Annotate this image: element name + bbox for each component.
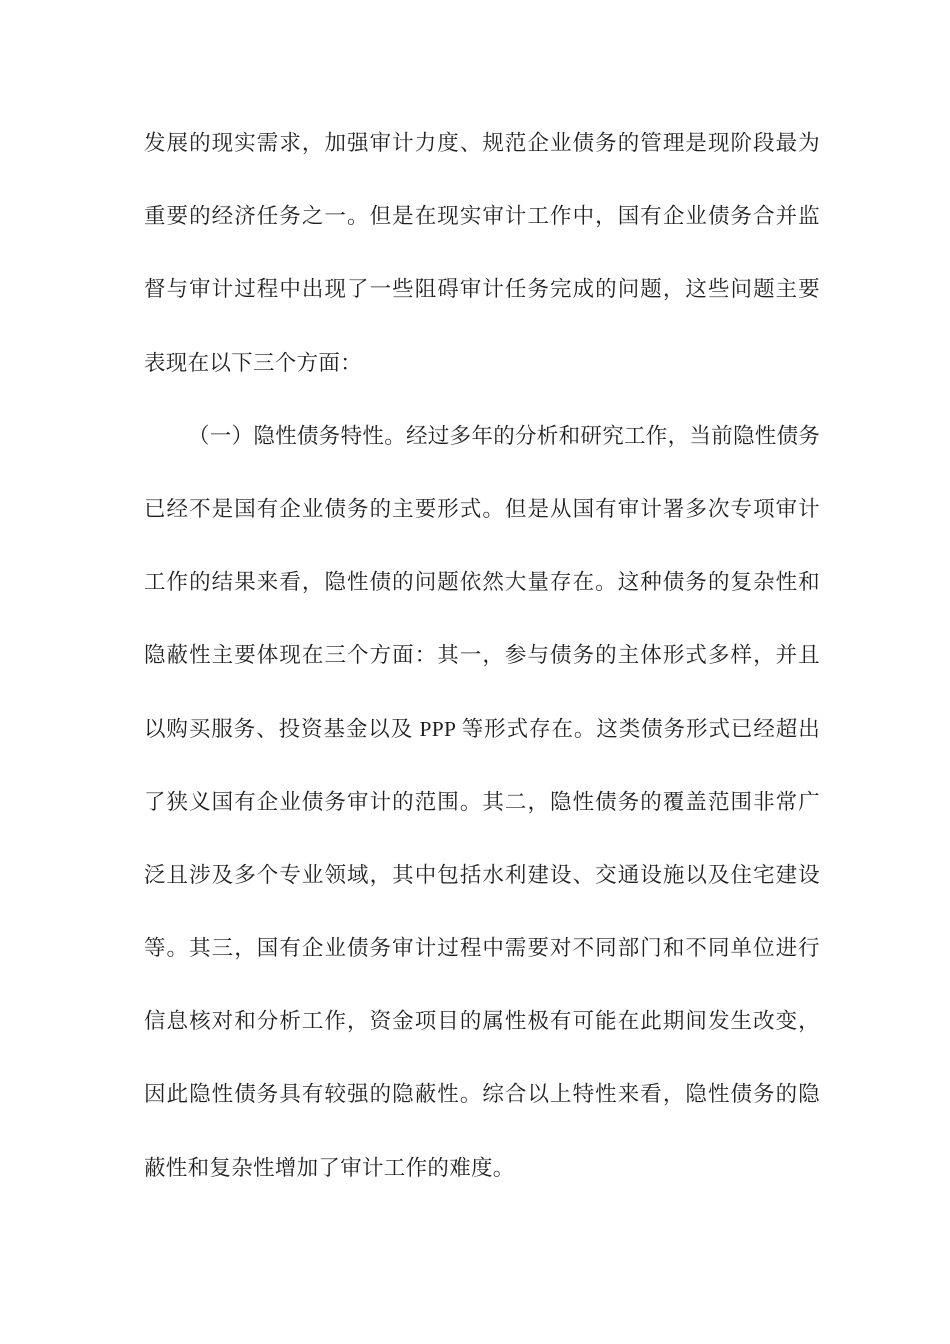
document-text-block: 发展的现实需求，加强审计力度、规范企业债务的管理是现阶段最为重要的经济任务之一。… bbox=[144, 107, 820, 1205]
text-line: 工作的结果来看，隐性债的问题依然大量存在。这种债务的复杂性和 bbox=[144, 546, 820, 619]
text-line: 因此隐性债务具有较强的隐蔽性。综合以上特性来看，隐性债务的隐 bbox=[144, 1058, 820, 1131]
text-line: 已经不是国有企业债务的主要形式。但是从国有审计署多次专项审计 bbox=[144, 473, 820, 546]
document-page: 发展的现实需求，加强审计力度、规范企业债务的管理是现阶段最为重要的经济任务之一。… bbox=[0, 0, 950, 1344]
text-line: 隐蔽性主要体现在三个方面：其一，参与债务的主体形式多样，并且 bbox=[144, 619, 820, 692]
text-line: 督与审计过程中出现了一些阻碍审计任务完成的问题，这些问题主要 bbox=[144, 253, 820, 326]
text-line: 了狭义国有企业债务审计的范围。其二，隐性债务的覆盖范围非常广 bbox=[144, 766, 820, 839]
text-line: 发展的现实需求，加强审计力度、规范企业债务的管理是现阶段最为 bbox=[144, 107, 820, 180]
text-line: 信息核对和分析工作，资金项目的属性极有可能在此期间发生改变， bbox=[144, 985, 820, 1058]
text-line: 泛且涉及多个专业领域，其中包括水利建设、交通设施以及住宅建设 bbox=[144, 839, 820, 912]
text-line: 表现在以下三个方面： bbox=[144, 327, 820, 400]
text-line: 以购买服务、投资基金以及 PPP 等形式存在。这类债务形式已经超出 bbox=[144, 693, 820, 766]
text-line: 蔽性和复杂性增加了审计工作的难度。 bbox=[144, 1132, 820, 1205]
text-line: 重要的经济任务之一。但是在现实审计工作中，国有企业债务合并监 bbox=[144, 180, 820, 253]
text-line: 等。其三，国有企业债务审计过程中需要对不同部门和不同单位进行 bbox=[144, 912, 820, 985]
text-line: （一）隐性债务特性。经过多年的分析和研究工作，当前隐性债务 bbox=[144, 400, 820, 473]
